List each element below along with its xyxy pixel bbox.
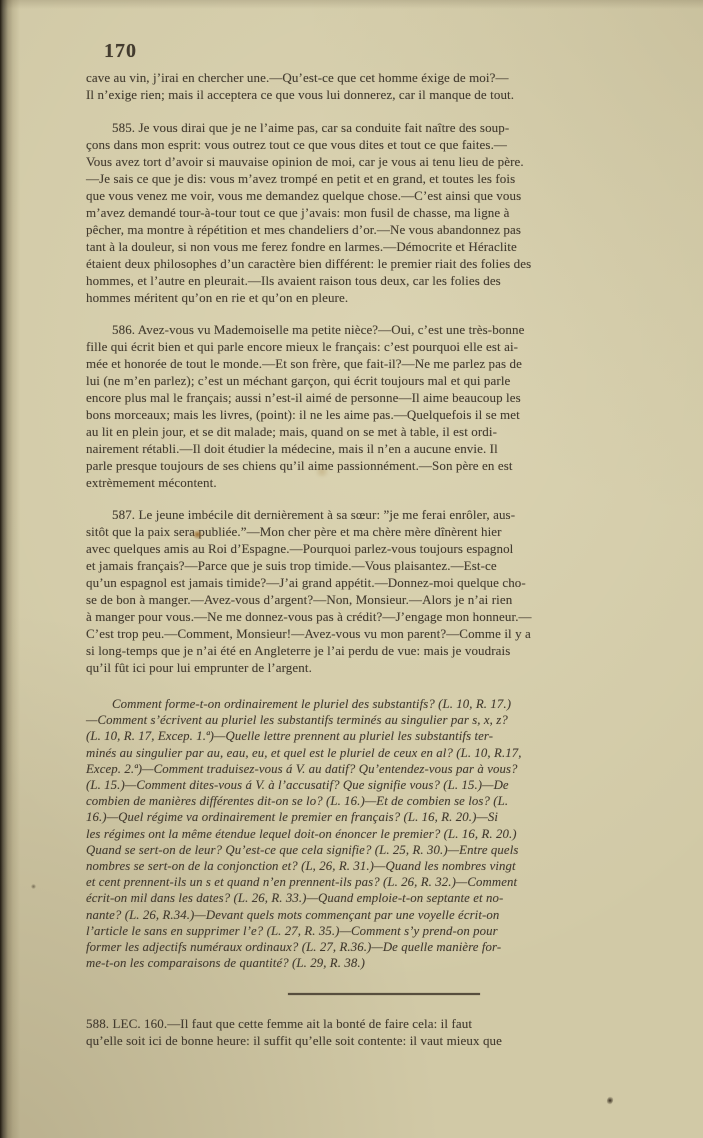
paragraph-exercise-587: 587. Le jeune imbécile dit dernièrement … xyxy=(86,506,652,676)
paper-speck xyxy=(31,884,36,889)
book-page-scan: 170 cave au vin, j’irai en chercher une.… xyxy=(0,0,703,1138)
paragraph-exercise-586: 586. Avez-vous vu Mademoiselle ma petite… xyxy=(86,321,652,491)
paragraph-continuation: cave au vin, j’irai en chercher une.—Qu’… xyxy=(86,69,652,103)
paragraph-exercise-585: 585. Je vous dirai que je ne l’aime pas,… xyxy=(86,119,652,306)
section-divider-rule xyxy=(288,993,480,995)
text-block: cave au vin, j’irai en chercher une.—Qu’… xyxy=(86,69,652,1049)
page-gutter-shadow xyxy=(0,0,20,1138)
ink-speck xyxy=(606,1095,615,1106)
page-number: 170 xyxy=(104,40,703,62)
paragraph-exercise-588: 588. LEC. 160.—Il faut que cette femme a… xyxy=(86,1015,652,1049)
paragraph-grammar-questions: Comment forme-t-on ordinairement le plur… xyxy=(86,696,652,971)
